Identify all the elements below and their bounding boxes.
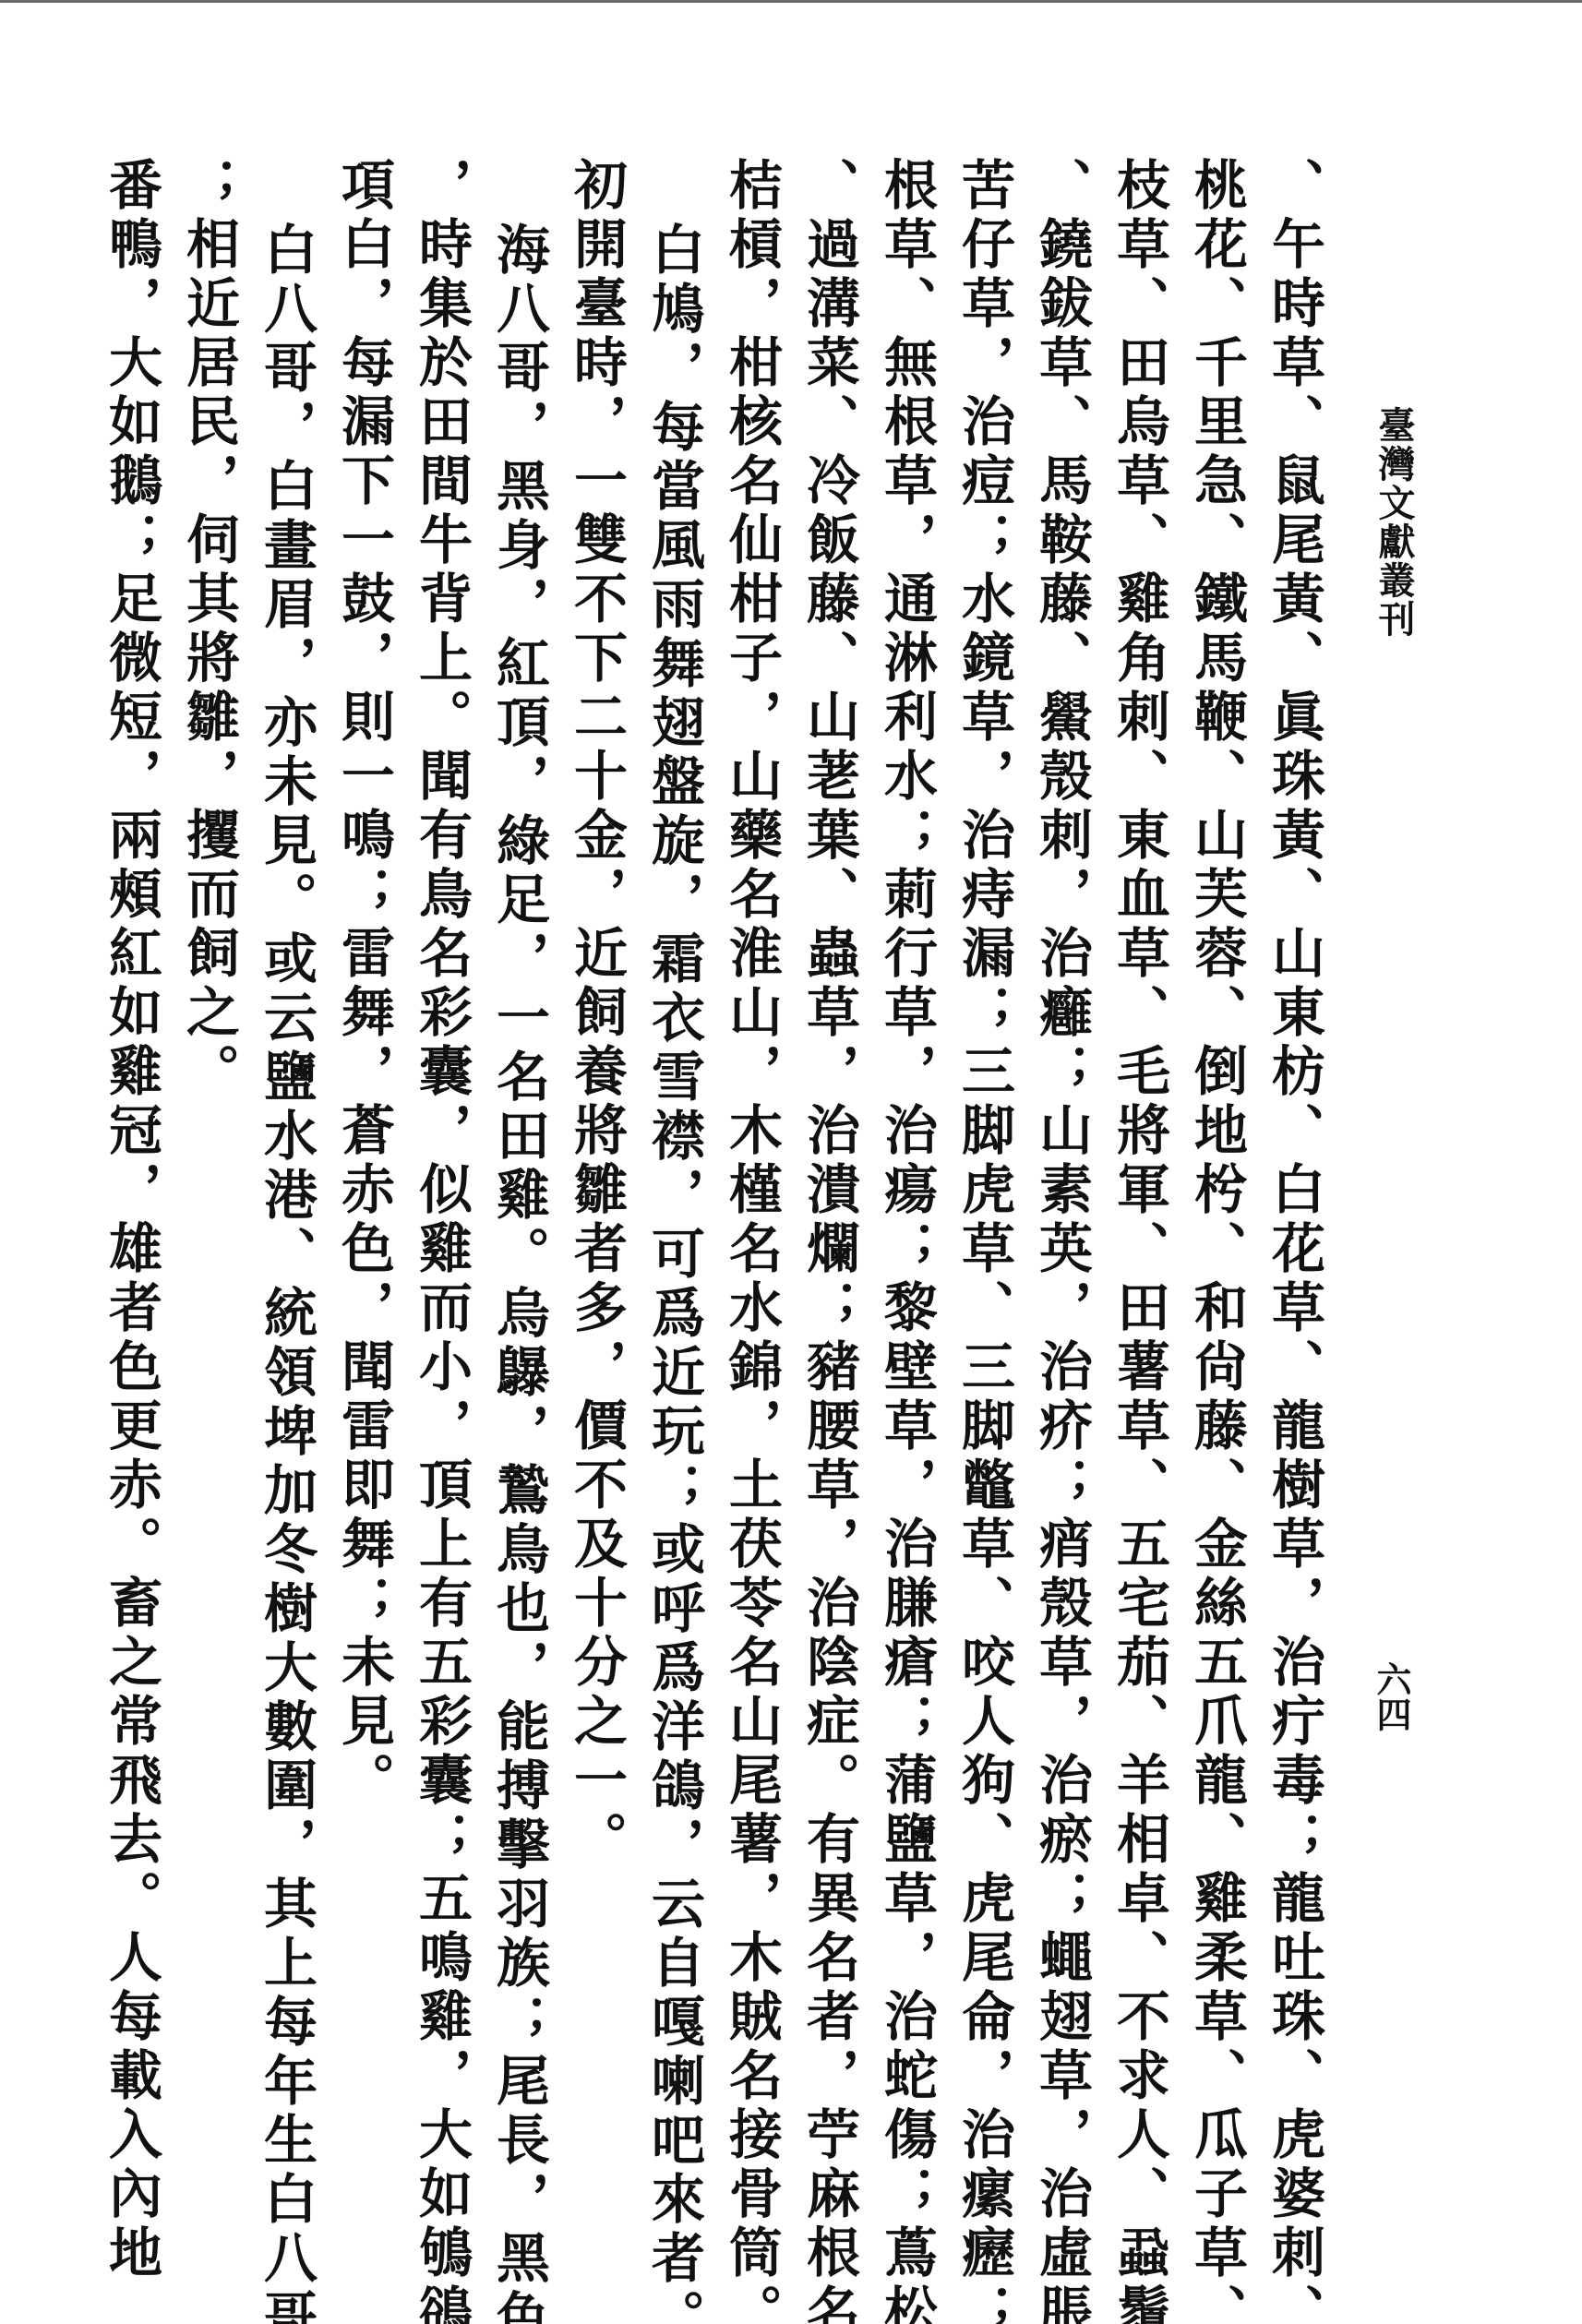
scanned-page: 臺灣文獻叢刊 六四 、午時草、鼠尾黃、眞珠黃、山東枋、白花草、龍樹草，治疔毒；龍… <box>0 0 1582 2324</box>
text-column: 項白，每漏下一鼓，則一鳴；雷舞，蒼赤色，聞雷即舞；未見。 <box>325 157 402 2187</box>
text-column: 桃花、千里急、鐵馬鞭、山芙蓉、倒地枍、和尙藤、金絲五爪龍、雞柔草、瓜子草、荔 <box>1178 157 1255 2187</box>
text-column: 、過溝菜、冷飯藤、山荖葉、蟲草，治潰爛；豬腰草，治陰症。有異名者，苧麻根名山 <box>790 157 868 2187</box>
vertical-text-body: 、午時草、鼠尾黃、眞珠黃、山東枋、白花草、龍樹草，治疔毒；龍吐珠、虎婆刺、漫 桃… <box>92 157 1333 2187</box>
text-column: 初開臺時，一雙不下二十金，近飼養將雛者多，價不及十分之一。 <box>557 157 635 2187</box>
top-border-rule <box>0 0 1582 3</box>
text-column: 根草、無根草，通淋利水；莿行草，治瘍；黎壁草，治膁瘡；蒲鹽草，治蛇傷；蔦松藥 <box>868 157 945 2187</box>
paragraph-start-column: 海八哥，黑身，紅頂，綠足，一名田雞。烏鸔，鷙鳥也，能搏擊羽族；尾長，黑色 <box>480 157 557 2187</box>
running-header-title: 臺灣文獻叢刊 <box>1368 406 1420 639</box>
text-column: 、午時草、鼠尾黃、眞珠黃、山東枋、白花草、龍樹草，治疔毒；龍吐珠、虎婆刺、漫 <box>1255 157 1333 2187</box>
text-column: 桔槓，柑核名仙柑子，山藥名淮山，木槿名水錦，土茯苓名山尾薯，木賊名接骨筒。 <box>713 157 790 2187</box>
text-column: 、鐃鈸草、馬鞍藤、鱟殼刺，治癰；山素英，治疥；痟殼草，治瘀；蠅翅草，治虛脹； <box>1023 157 1100 2187</box>
text-column: 枝草、田烏草、雞角刺、東血草、毛將軍、田薯草、五宅茄、羊相卓、不求人、蝨鬚草 <box>1100 157 1178 2187</box>
page-number: 六四 <box>1366 1661 1417 1731</box>
paragraph-start-column: 白鳩，每當風雨舞翅盤旋，霜衣雪襟，可爲近玩；或呼爲洋鴿，云自嘎喇吧來者。 <box>635 157 713 2187</box>
text-column: 苦仔草，治痘；水鏡草，治痔漏；三脚虎草、三脚鼈草、咬人狗、虎尾侖，治瘰癧；茅 <box>945 157 1023 2187</box>
paragraph-start-column: 白八哥，白畫眉，亦未見。或云鹽水港、統領埤加冬樹大數圍，其上每年生白八哥 <box>247 157 325 2187</box>
text-column: ；相近居民，伺其將雛，攫而飼之。 <box>170 157 247 2187</box>
text-column: 番鴨，大如鵝；足微短，兩頰紅如雞冠，雄者色更赤。畜之常飛去。人每載入內地 <box>92 157 170 2187</box>
text-column: ，時集於田間牛背上。聞有鳥名彩囊，似雞而小，頂上有五彩囊；五鳴雞，大如鴝鵒， <box>402 157 480 2187</box>
